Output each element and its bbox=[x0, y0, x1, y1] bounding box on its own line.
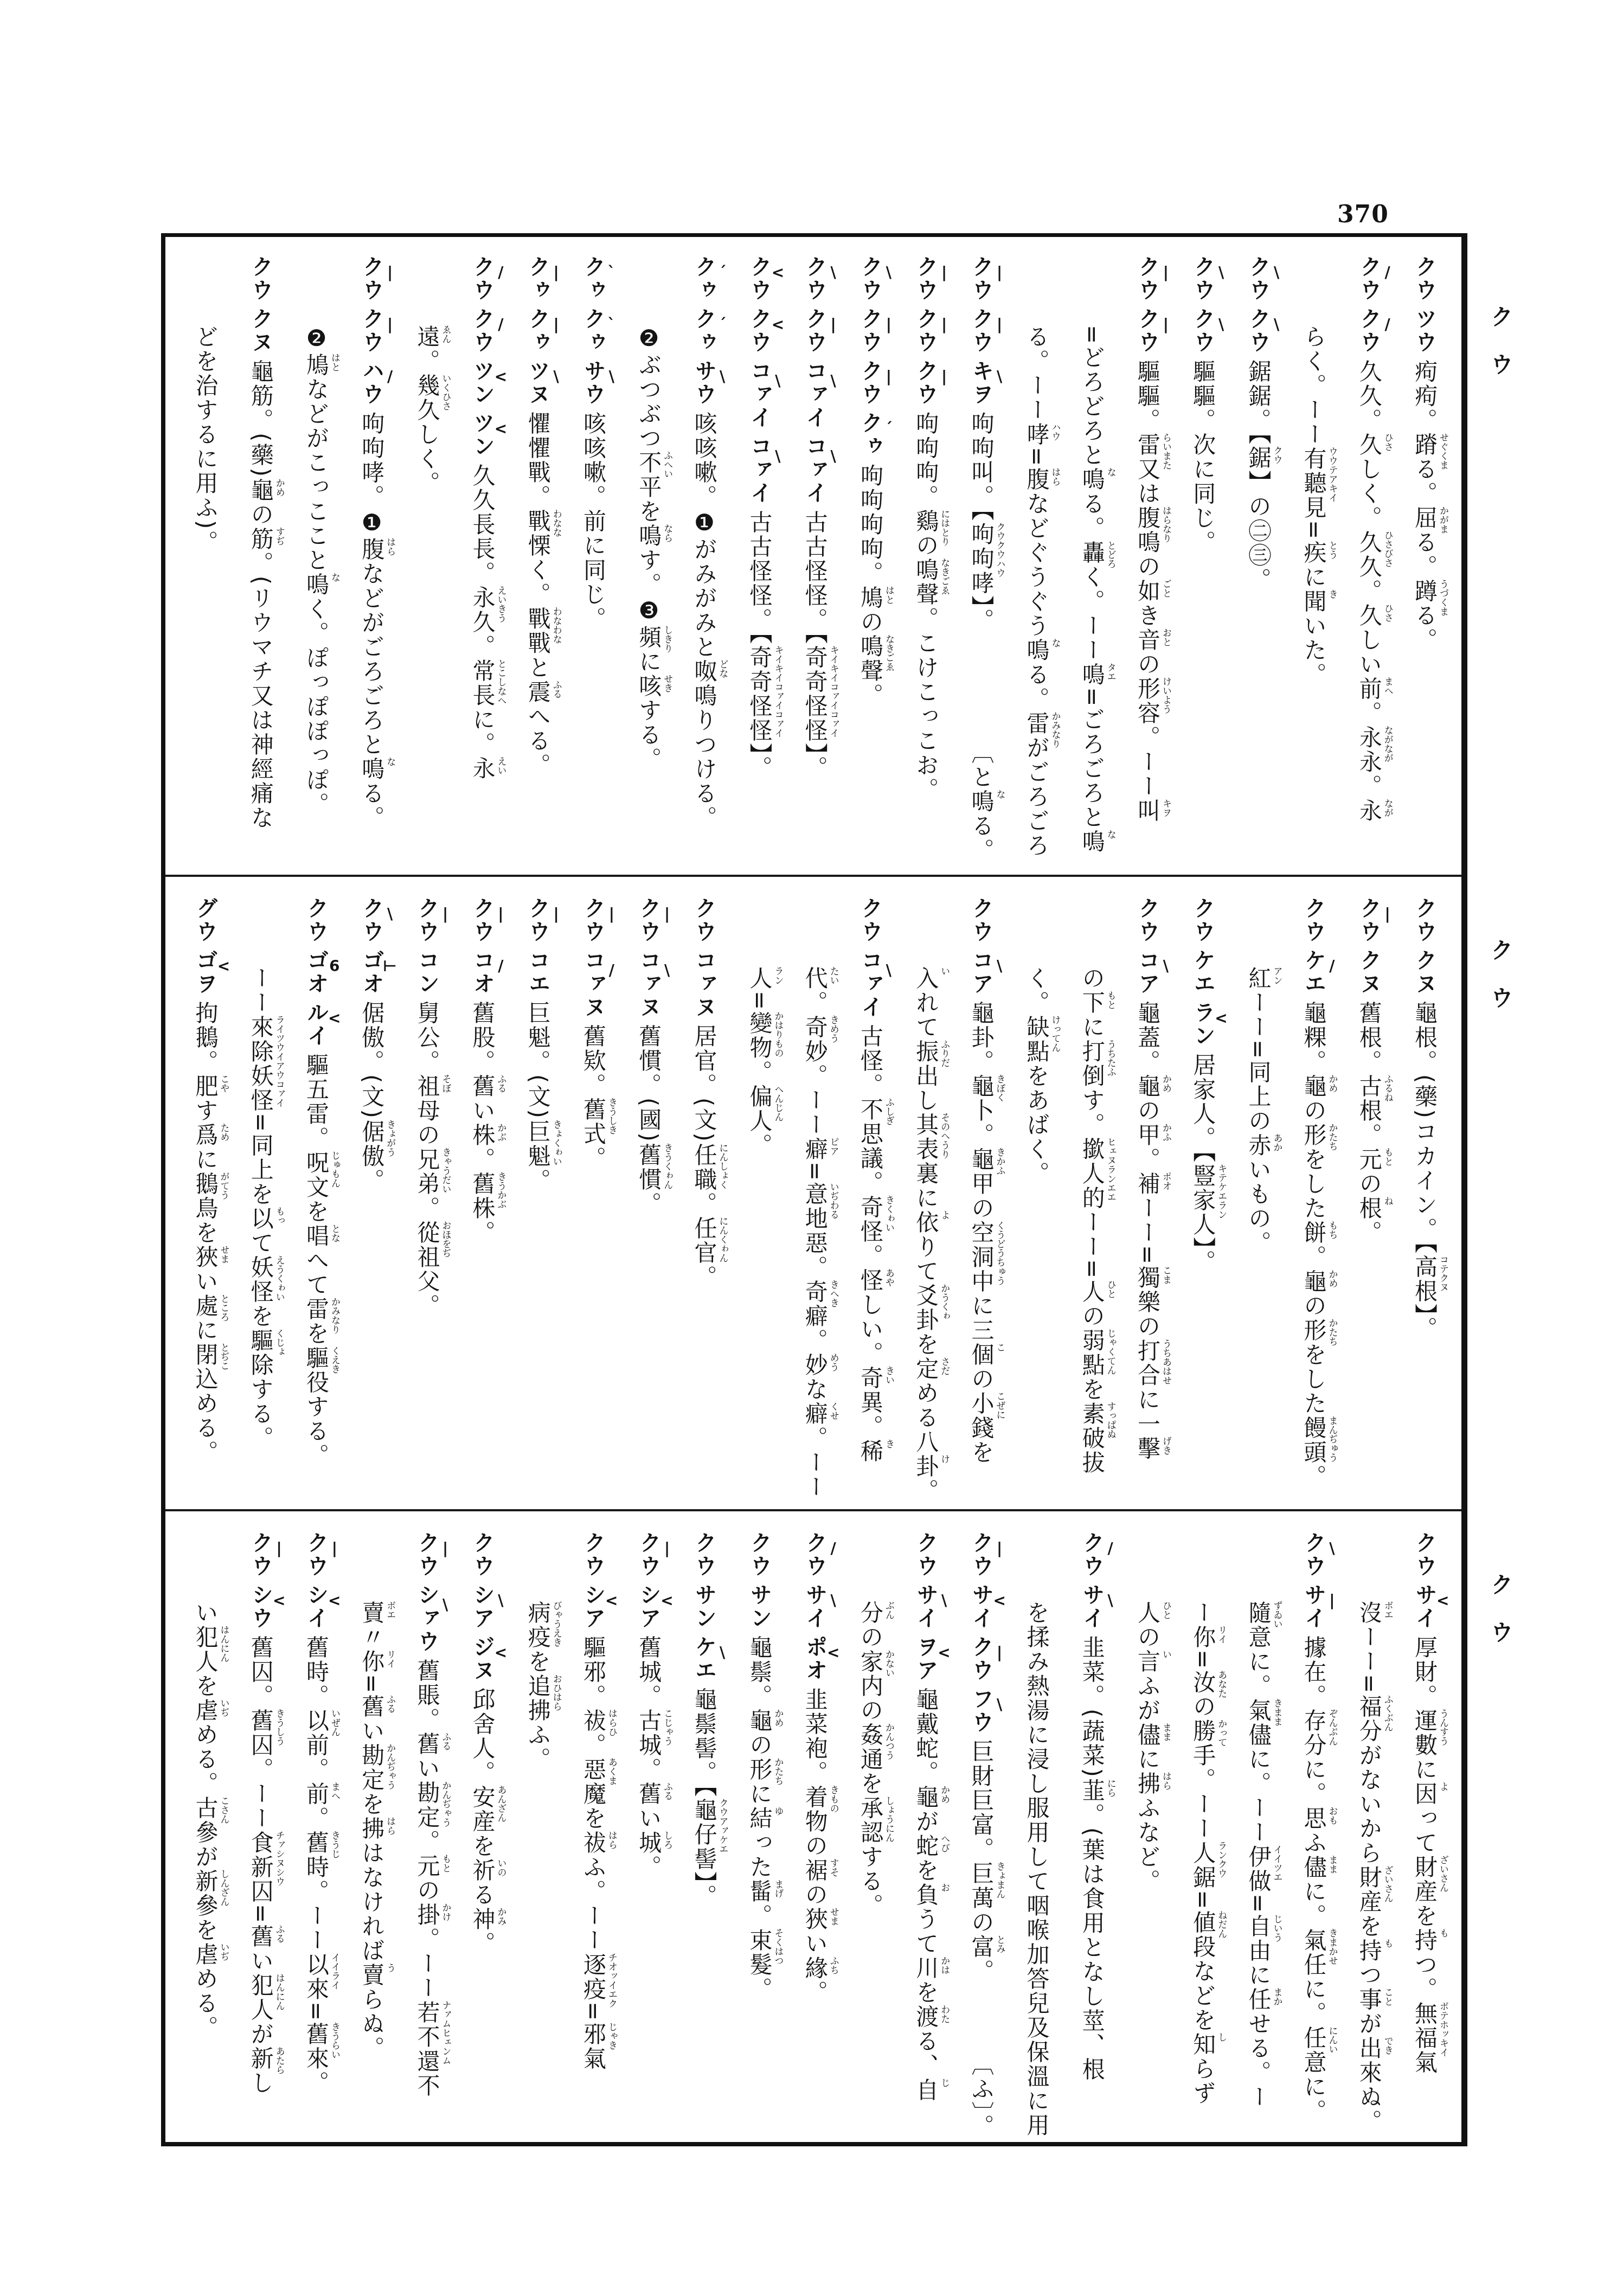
headword-syllable: クウ| bbox=[581, 897, 606, 944]
headword-syllable: シイ< bbox=[304, 1583, 329, 1630]
ruby-base: 舊ふる bbox=[248, 1925, 274, 1949]
furigana-reading: とこしなへ bbox=[496, 659, 505, 705]
furigana-reading: かぶ bbox=[496, 1123, 505, 1141]
ruby-base: 龜仔髻クウアァケエ bbox=[691, 1798, 717, 1871]
furigana-reading: にんしょく bbox=[717, 1143, 727, 1189]
ruby-base: 狹せま bbox=[802, 1907, 829, 1932]
entry-column: い犯人はんにんを虐いぢめる。古參こさんが新參しんざんを虐いぢめる。 bbox=[178, 1531, 233, 2143]
furigana-reading: しろ bbox=[662, 1831, 671, 1849]
ruby-base: 腹鳴はらなり bbox=[1134, 506, 1161, 555]
ruby-base: 雷又らいまた bbox=[1134, 433, 1161, 482]
page-number: 370 bbox=[1337, 201, 1389, 228]
ruby-base: 久ひさ bbox=[1356, 604, 1383, 628]
column-text: クウサン龜鬃。龜かめの形かたちに結ゆった髷まげ。束髮そくはつ。 bbox=[732, 1531, 787, 2002]
headword-syllable: クウ| bbox=[525, 897, 550, 944]
headword-syllable: コァイ\ bbox=[747, 360, 772, 429]
ruby-base: 邪氣じゃき bbox=[580, 2022, 607, 2071]
tone-mark: | bbox=[1324, 1592, 1339, 1609]
column-text: クウクヌ龜筋。(藥)龜かめの筋すぢ。(リウマチ又は神經痛な bbox=[233, 255, 288, 830]
column-text: ーー來除妖怪ライツウイアウコァイ=同上を以もって妖怪えうくゎいを驅除くじょする。 bbox=[233, 897, 288, 1451]
headword-syllable: ジヌ< bbox=[470, 1636, 495, 1682]
tone-mark: / bbox=[604, 961, 619, 979]
furigana-reading: たい bbox=[829, 966, 838, 985]
entry-column: 人ひとの言いふが儘ままに拂はらふなど。 bbox=[1120, 1531, 1175, 2143]
headword-syllable: ツヌ\ bbox=[525, 360, 550, 406]
furigana-reading: ボテホッキイ bbox=[1438, 2002, 1447, 2057]
furigana-reading: かはりもの bbox=[773, 1011, 782, 1057]
furigana-reading: ウウテアキイ bbox=[1327, 447, 1337, 502]
column-text: る。ーー哮ハウ=腹はらなどぐうぐう鳴なる。雷かみなりがごろごろ bbox=[1009, 255, 1064, 858]
headword-syllable: クウ| bbox=[803, 307, 827, 354]
tone-mark: \ bbox=[438, 1596, 453, 1614]
column-text: クウ\クウ|クウ|クゥˊ呴呴呴呴。鳩はとの鳴聲なきごゑ。 bbox=[843, 255, 898, 708]
tone-mark: \ bbox=[881, 264, 896, 281]
entry-column: =どろどろと鳴なる。轟とどろく。ーー鳴タエ=ごろごろと鳴な bbox=[1064, 255, 1120, 867]
headword-syllable: コエ bbox=[525, 949, 550, 996]
furigana-reading: かみなり bbox=[1050, 711, 1060, 748]
tone-mark: | bbox=[548, 905, 563, 923]
tone-mark: | bbox=[825, 316, 841, 334]
furigana-reading: よ bbox=[939, 1210, 948, 1220]
headword-syllable: クウ bbox=[581, 1531, 606, 1578]
headword-syllable: クウ| bbox=[414, 897, 439, 944]
furigana-reading: うづくま bbox=[1438, 579, 1447, 616]
headword-syllable: クウ| bbox=[968, 1636, 993, 1682]
furigana-reading: かめ bbox=[274, 478, 284, 497]
column-text: クウ/クウ/久久。久ひさしく。久久ひさびさ。久ひさしい前まへ。永永ながなが。永な… bbox=[1342, 255, 1397, 823]
headword-syllable: シア\ bbox=[470, 1583, 495, 1630]
ruby-base: 幾久いくひさ bbox=[414, 374, 440, 422]
entry-column: クウ|コオ/舊股。舊ふるい株かぶ。舊株きうかぶ。 bbox=[455, 897, 510, 1509]
ruby-base: 不平ふへい bbox=[636, 451, 662, 499]
ruby-base: 犯人はんにん bbox=[248, 1973, 274, 2022]
ruby-base: 勘定かんぢゃう bbox=[414, 1781, 440, 1830]
tone-mark: | bbox=[659, 905, 675, 923]
headword-syllable: クウ| bbox=[968, 1531, 993, 1578]
furigana-reading: しんざん bbox=[219, 1869, 228, 1906]
ruby-base: 鳴な bbox=[1079, 830, 1106, 854]
tone-mark: / bbox=[1324, 957, 1339, 975]
ruby-base: 鳴な bbox=[1079, 467, 1106, 492]
headword-syllable: クゥˋ bbox=[581, 307, 606, 354]
furigana-reading: い bbox=[1161, 1650, 1170, 1659]
headword-syllable: クウ bbox=[913, 1531, 938, 1578]
column-text: クウケエラン<居家人。【豎家人キテケエラン】。 bbox=[1175, 897, 1230, 1274]
ruby-base: 依よ bbox=[913, 1210, 939, 1235]
headword-syllable: クゥˊ bbox=[858, 412, 883, 458]
ruby-base: 思おも bbox=[1301, 1806, 1327, 1831]
ruby-base: 氣任きまかせ bbox=[1301, 1928, 1327, 1977]
furigana-reading: せき bbox=[662, 674, 671, 692]
entry-column: 遠ゑん。幾久いくひさしく。 bbox=[399, 255, 454, 867]
ruby-base: 唱とな bbox=[303, 1224, 330, 1248]
ruby-base: 鳴なら bbox=[636, 524, 662, 548]
ruby-base: 鳴聲なきごゑ bbox=[857, 634, 884, 683]
headword-syllable: シア< bbox=[636, 1583, 661, 1630]
ruby-base: 屈かがま bbox=[1412, 506, 1438, 530]
furigana-reading: ね bbox=[1383, 1196, 1392, 1205]
entry-column: クウシア<驅邪。祓はらひ。惡魔あくまを祓はらふ。ーー逐疫チオッイエク=邪氣じゃき bbox=[566, 1531, 621, 2143]
ruby-base: 奇妙きめう bbox=[802, 1015, 829, 1064]
entry-column: クウ|シイ<舊時。以前いぜん。前まへ。舊時きうじ。ーー以來イイライ=舊來きうらい… bbox=[288, 1531, 344, 2143]
column-text: クウ|サイ<クウ|フウ\巨財巨富。巨萬きょまんの富とみ。 bbox=[953, 1531, 1009, 1984]
headword-syllable: クウ/ bbox=[470, 307, 495, 354]
ruby-base: 處ところ bbox=[193, 1294, 219, 1318]
headword-syllable: コオ/ bbox=[470, 949, 495, 996]
ruby-base: 若不還不ナァムヒェンム bbox=[414, 2000, 440, 2098]
ruby-base: 舊時きうじ bbox=[303, 1831, 330, 1880]
furigana-reading: なら bbox=[662, 524, 671, 542]
ruby-base: 擊げき bbox=[1134, 1436, 1161, 1461]
tone-mark: | bbox=[1158, 264, 1173, 281]
furigana-reading: かんぢゃう bbox=[440, 1781, 450, 1827]
headword-syllable: ケエ\ bbox=[691, 1636, 716, 1682]
furigana-reading: かがま bbox=[1438, 506, 1447, 534]
ruby-base: 髷まげ bbox=[747, 1880, 773, 1904]
furigana-reading: きへき bbox=[829, 1280, 838, 1307]
furigana-reading: イイツエ bbox=[1272, 1845, 1281, 1882]
furigana-reading: かみ bbox=[496, 1907, 505, 1926]
headword-syllable: クウ bbox=[470, 1531, 495, 1578]
column-text: 人ひとの言いふが儘ままに拂はらふなど。 bbox=[1120, 1531, 1175, 1894]
headword-syllable: フウ\ bbox=[968, 1688, 993, 1734]
tone-mark: < bbox=[659, 1592, 675, 1609]
tone-mark: | bbox=[992, 1644, 1007, 1662]
column-text: クウ|クウ|ハウ/呴呴哮。❶腹はらなどがごろごろと鳴なる。 bbox=[344, 255, 399, 830]
ruby-base: 元もと bbox=[1356, 1147, 1383, 1172]
furigana-reading: ぶん bbox=[884, 1601, 893, 1619]
furigana-reading: かって bbox=[1216, 1719, 1226, 1747]
ruby-base: 下もと bbox=[1079, 991, 1106, 1015]
furigana-reading: はら bbox=[385, 537, 394, 556]
furigana-reading: きょまん bbox=[995, 1862, 1004, 1899]
headword-syllable: クウ| bbox=[414, 1531, 439, 1578]
ruby-base: 你リイ bbox=[358, 1650, 385, 1674]
furigana-reading: まげ bbox=[773, 1880, 782, 1898]
furigana-reading: げき bbox=[1161, 1436, 1170, 1455]
furigana-reading: き bbox=[884, 1439, 893, 1448]
column-text: クウ|コァヌ/舊欵。舊式きうしき。 bbox=[566, 897, 621, 1171]
headword-syllable: サイ\ bbox=[913, 1583, 938, 1630]
furigana-reading: くじょ bbox=[274, 1329, 284, 1356]
ruby-base: 聞き bbox=[1301, 589, 1327, 614]
furigana-reading: せま bbox=[219, 1245, 228, 1264]
headword-syllable: クウ bbox=[1190, 897, 1215, 944]
furigana-reading: ふち bbox=[829, 1956, 838, 1974]
furigana-reading: きぼく bbox=[995, 1074, 1004, 1102]
ruby-base: 定さだ bbox=[913, 1357, 939, 1381]
ruby-base: 虐いぢ bbox=[193, 1942, 219, 1967]
ruby-base: 鳩はと bbox=[857, 586, 884, 610]
column-text: ❷鳩はとなどがこっここと鳴なく。ぽっぽぽっぽ。 bbox=[288, 255, 344, 817]
ruby-base: 鳴な bbox=[303, 573, 330, 597]
ruby-base: 龜かめ bbox=[1301, 1269, 1327, 1294]
furigana-reading: とみ bbox=[995, 1935, 1004, 1953]
furigana-reading: ざいさん bbox=[1438, 1855, 1447, 1892]
tone-mark: ˋ bbox=[604, 316, 619, 334]
column-tail-text: 〔ふ〕。 bbox=[953, 2053, 1009, 2139]
tone-mark: / bbox=[1102, 1540, 1118, 1557]
column-text: クウ|コァヌ\舊慣。(國)舊慣きうくゎん。 bbox=[621, 897, 676, 1216]
tone-mark: \ bbox=[825, 1592, 841, 1609]
furigana-reading: ポオ bbox=[1161, 1172, 1170, 1190]
tone-mark: \ bbox=[604, 368, 619, 386]
ruby-base: 根ね bbox=[1356, 1196, 1383, 1221]
furigana-reading: な bbox=[330, 573, 339, 582]
column-text: =どろどろと鳴なる。轟とどろく。ーー鳴タエ=ごろごろと鳴な bbox=[1064, 255, 1120, 854]
ruby-base: 腹はら bbox=[1024, 467, 1050, 492]
tone-mark: / bbox=[1380, 316, 1395, 334]
section-header-top: クウ bbox=[1476, 305, 1525, 400]
furigana-reading: な bbox=[385, 757, 394, 766]
tone-mark: < bbox=[493, 368, 508, 386]
furigana-reading: まか bbox=[1272, 1987, 1281, 2006]
headword-syllable: コン bbox=[414, 949, 439, 996]
furigana-reading: ボエ bbox=[385, 1601, 394, 1619]
headword-syllable: キヲ\ bbox=[968, 360, 993, 406]
furigana-reading: さだ bbox=[939, 1357, 948, 1375]
tone-mark: | bbox=[548, 316, 563, 334]
ruby-base: 鳴な bbox=[968, 790, 995, 814]
furigana-reading: かうくゎ bbox=[939, 1284, 948, 1320]
entry-column: く。缺點けってんをあばく。 bbox=[1009, 897, 1064, 1509]
tone-mark: | bbox=[992, 1540, 1007, 1557]
entry-band-middle: クウクヌ龜根。(藥)コカイン。【高根コテクヌ】。クウ|クヌ舊根。古根ふるね。元も… bbox=[165, 878, 1461, 1511]
tone-mark: / bbox=[1380, 264, 1395, 281]
column-text: どを治するに用ふ)。 bbox=[178, 255, 233, 555]
column-text: クウ|コエ巨魁。(文)巨魁きょくゎい。 bbox=[510, 897, 566, 1193]
ruby-base: 病疫びゃうえき bbox=[525, 1601, 551, 1650]
furigana-reading: かんぢゃう bbox=[385, 1743, 394, 1790]
headword-syllable: コア\ bbox=[968, 949, 993, 996]
entry-column: クウ|クウ|キヲ\呴呴叫。【呴呴哮クウクウハウ】。〔と鳴なる。 bbox=[953, 255, 1009, 867]
entry-column: クウ/サイ\ポオ<韭菜袍。着物きものの裾すその狹せまい緣ふち。 bbox=[787, 1531, 843, 2143]
entry-band-top: クウツウ痀痀。蹐せぐくまる。屈かがまる。蹲うづくまる。クウ/クウ/久久。久ひさし… bbox=[165, 237, 1461, 873]
furigana-reading: かない bbox=[884, 1650, 893, 1677]
column-text: クゥˊクゥˊサウ\咳咳嗽。❶がみがみと呶鳴どなりつける。 bbox=[676, 255, 732, 830]
entry-column: ❷鳩はとなどがこっここと鳴なく。ぽっぽぽっぽ。 bbox=[288, 255, 344, 867]
headword-syllable: クウ bbox=[1412, 1531, 1437, 1578]
column-text: クウ<クウ<コァイ\コァイ\古古怪怪。【奇奇怪怪キイキイコァイコァイ】。 bbox=[732, 255, 787, 780]
ruby-base: 祖母そぼ bbox=[414, 1074, 440, 1123]
headword-syllable: クウ bbox=[304, 897, 329, 944]
ruby-base: 奇奇怪怪キイキイコァイコァイ bbox=[747, 645, 773, 743]
entry-column: クウコア\龜蓋。龜かめの甲かふ。補ポオーー=獨樂こまの打合うちあはせに一擊げき bbox=[1120, 897, 1175, 1509]
furigana-reading: キイキイコァイコァイ bbox=[773, 645, 782, 737]
column-text: クウサイ\ヲア<龜戴蛇。龜かめが蛇へびを負おうて川かはを渡わたる、自じ bbox=[898, 1531, 953, 2102]
furigana-reading: いくひさ bbox=[440, 374, 450, 411]
entry-column: クウ\クウ|コァイ\コァイ\古古怪怪。【奇奇怪怪キイキイコァイコァイ】。 bbox=[787, 255, 843, 867]
entry-column: クウコア\龜卦。龜卜きぼく。龜甲きかふの空洞中くうどうちゅうに三個この小錢こぜに… bbox=[953, 897, 1009, 1509]
tone-mark: \ bbox=[382, 905, 397, 923]
headword-syllable: クウ| bbox=[913, 255, 938, 302]
headword-syllable: サイ| bbox=[1301, 1583, 1326, 1630]
column-text: クウツウ痀痀。蹐せぐくまる。屈かがまる。蹲うづくまる。 bbox=[1397, 255, 1452, 652]
furigana-reading: ふる bbox=[385, 1695, 394, 1713]
furigana-reading: キテケエラン bbox=[1216, 1164, 1226, 1219]
furigana-reading: キヲ bbox=[1161, 799, 1170, 817]
furigana-reading: まま bbox=[1161, 1723, 1170, 1741]
headword-syllable: クウ bbox=[1301, 897, 1326, 944]
headword-syllable: クウ\ bbox=[1246, 307, 1271, 354]
ruby-base: 哮ハウ bbox=[1024, 422, 1050, 447]
furigana-reading: はらひ bbox=[607, 1709, 616, 1736]
headword-syllable: ケエ bbox=[1190, 949, 1215, 996]
ruby-base: 古參こさん bbox=[193, 1796, 219, 1845]
furigana-reading: あなた bbox=[1216, 1670, 1226, 1698]
ruby-base: 形かたち bbox=[1301, 1123, 1327, 1147]
entry-column: クウケエラン<居家人。【豎家人キテケエラン】。 bbox=[1175, 897, 1230, 1509]
headword-syllable: ラン< bbox=[1190, 1001, 1215, 1048]
ruby-base: 鵝鳥がてう bbox=[193, 1172, 219, 1221]
column-text: 賣ボエ〃你リイ=舊ふるい勘定かんぢゃうを拂はらはなければ賣うらぬ。 bbox=[344, 1531, 399, 2061]
column-text: 紅アンーー=同上の赤あかいもの。 bbox=[1230, 897, 1286, 1255]
headword-syllable: クウ/ bbox=[1357, 307, 1382, 354]
entry-column: クウ|シア<舊城。古城こじゃう。舊ふるい城しろ。 bbox=[621, 1531, 676, 2143]
furigana-reading: ひさびさ bbox=[1383, 530, 1392, 567]
ruby-base: 富とみ bbox=[968, 1935, 995, 1959]
ruby-base: 以來イイライ bbox=[303, 1953, 330, 2002]
ruby-base: 新參しんざん bbox=[193, 1869, 219, 1918]
furigana-reading: ひと bbox=[1106, 1280, 1115, 1298]
furigana-reading: あたら bbox=[274, 2047, 284, 2074]
furigana-reading: チァシヌシウ bbox=[274, 1831, 284, 1886]
furigana-reading: ボエ bbox=[1383, 1601, 1392, 1619]
furigana-reading: いぜん bbox=[330, 1709, 339, 1736]
headword-syllable: クウ| bbox=[636, 897, 661, 944]
column-text: 遠ゑん。幾久いくひさしく。 bbox=[399, 255, 454, 496]
entry-column: クウクヌ龜筋。(藥)龜かめの筋すぢ。(リウマチ又は神經痛な bbox=[233, 255, 288, 867]
furigana-reading: ひと bbox=[1161, 1601, 1170, 1619]
furigana-reading: も bbox=[1438, 1928, 1447, 1938]
column-text: クウ|シァウ\舊賬。舊ふるい勘定かんぢゃう。元もとの掛かけ。ーー若不還不ナァムヒ… bbox=[399, 1531, 454, 2098]
furigana-reading: クウアァケエ bbox=[717, 1798, 727, 1854]
ruby-base: 咳せき bbox=[636, 674, 662, 698]
furigana-reading: ヒェヌランエエ bbox=[1106, 1137, 1115, 1202]
ruby-base: 自じ bbox=[913, 2078, 939, 2102]
headword-syllable: ハウ/ bbox=[359, 360, 384, 406]
ruby-base: 甲かふ bbox=[1134, 1123, 1161, 1147]
tone-mark: | bbox=[271, 1540, 286, 1557]
column-text: 入いれて振出ふりだし其表裏そのへうりに依よりて爻卦かうくゎを定さだめる八卦け。 bbox=[898, 897, 953, 1503]
furigana-reading: ひさ bbox=[1383, 604, 1392, 622]
ruby-base: 人ひと bbox=[1134, 1601, 1161, 1625]
ruby-base: 舊來きうらい bbox=[303, 2022, 330, 2071]
column-text: クウコア\龜蓋。龜かめの甲かふ。補ポオーー=獨樂こまの打合うちあはせに一擊げき bbox=[1120, 897, 1175, 1461]
ruby-base: 虐いぢ bbox=[193, 1698, 219, 1723]
headword-syllable: コァヌ/ bbox=[581, 949, 606, 1019]
tone-mark: 6 bbox=[326, 957, 342, 975]
entry-column: クゥˊクゥˊサウ\咳咳嗽。❶がみがみと呶鳴どなりつける。 bbox=[676, 255, 732, 867]
ruby-base: 無福氣ボテホッキイ bbox=[1412, 2002, 1438, 2075]
ruby-base: 祓はらひ bbox=[580, 1709, 607, 1733]
column-text: 病疫びゃうえきを追拂おひはらふ。 bbox=[510, 1531, 566, 1772]
tone-mark: \ bbox=[770, 447, 785, 465]
furigana-reading: ふしぎ bbox=[884, 1098, 893, 1125]
headword-syllable: クウ| bbox=[1135, 307, 1160, 354]
ruby-base: 打合うちあはせ bbox=[1134, 1339, 1161, 1388]
headword-syllable: クウ\ bbox=[1301, 1531, 1326, 1578]
ruby-base: 龜かめ bbox=[1134, 1074, 1161, 1099]
furigana-reading: しょうにん bbox=[884, 1796, 893, 1842]
tone-mark: < bbox=[1435, 1592, 1450, 1609]
column-text: の下もとに打倒うちたふす。撳人的ヒェヌランエエーー=人ひとの弱點じゃくてんを素破… bbox=[1064, 897, 1120, 1475]
tone-mark: | bbox=[604, 905, 619, 923]
ruby-base: 龜甲きかふ bbox=[968, 1147, 995, 1196]
ruby-base: 永永ながなが bbox=[1356, 726, 1383, 774]
ruby-base: 爻卦かうくゎ bbox=[913, 1284, 939, 1332]
furigana-reading: まんぢゅう bbox=[1327, 1416, 1337, 1462]
ruby-base: 形かたち bbox=[1301, 1318, 1327, 1343]
ruby-base: 久ひさ bbox=[1356, 433, 1383, 457]
ruby-base: 怪あや bbox=[857, 1268, 884, 1293]
furigana-reading: かふ bbox=[1161, 1123, 1170, 1141]
ruby-base: 龜かめ bbox=[747, 1709, 773, 1733]
ruby-base: 人ひと bbox=[1079, 1280, 1106, 1304]
tone-mark: | bbox=[438, 1540, 453, 1557]
column-text: クウ|クヌ舊根。古根ふるね。元もとの根ね。 bbox=[1342, 897, 1397, 1245]
furigana-reading: な bbox=[995, 790, 1004, 799]
ruby-base: 鳴な bbox=[358, 757, 385, 781]
ruby-base: 爲ため bbox=[193, 1123, 219, 1147]
headword-syllable: ルイ< bbox=[304, 1001, 329, 1048]
furigana-reading: こさん bbox=[219, 1796, 228, 1824]
entry-column: クウ\クウ\驅驅。次に同じ。 bbox=[1175, 255, 1230, 867]
ruby-base: 變物かはりもの bbox=[747, 1011, 773, 1060]
column-tail-text: 〔と鳴なる。 bbox=[953, 741, 1009, 863]
tone-mark: < bbox=[326, 1009, 342, 1027]
ruby-base: 出來でき bbox=[1356, 2036, 1383, 2085]
furigana-reading: めう bbox=[829, 1353, 838, 1371]
furigana-reading: きうかぶ bbox=[496, 1172, 505, 1209]
ruby-base: 小錢こぜに bbox=[968, 1391, 995, 1440]
column-text: い犯人はんにんを虐いぢめる。古參こさんが新參しんざんを虐いぢめる。 bbox=[178, 1531, 233, 2040]
furigana-reading: せま bbox=[829, 1907, 838, 1926]
ruby-base: 雷かみなり bbox=[303, 1297, 330, 1322]
ruby-base: 任官にんくゎん bbox=[691, 1216, 717, 1265]
headword-syllable: クウ\ bbox=[1246, 255, 1271, 302]
ruby-base: 犯人はんにん bbox=[193, 1625, 219, 1674]
ruby-base: 株かぶ bbox=[470, 1123, 496, 1147]
section-header-middle: クウ bbox=[1476, 938, 1525, 1034]
entry-column: グウゴヲ<拘鵝。肥こやす爲ために鵝鳥がてうを狹せまい處ところに閉込とぢこめる。 bbox=[178, 897, 233, 1509]
ruby-base: 賣ボエ bbox=[358, 1601, 385, 1625]
ruby-base: 意地惡いぢわる bbox=[802, 1182, 829, 1255]
tone-mark: < bbox=[604, 1592, 619, 1609]
ruby-base: 前まへ bbox=[1356, 677, 1383, 701]
furigana-reading: なが bbox=[1383, 799, 1392, 817]
headword-syllable: サイ\ bbox=[1080, 1583, 1105, 1630]
ruby-base: 戰戰わなわな bbox=[525, 607, 551, 656]
headword-syllable: コァヌ bbox=[691, 949, 716, 1019]
tone-mark: \ bbox=[548, 368, 563, 386]
furigana-reading: リイ bbox=[385, 1650, 394, 1668]
ruby-base: 永えい bbox=[470, 756, 496, 781]
ruby-base: 以もっ bbox=[248, 1207, 274, 1231]
tone-mark: < bbox=[326, 1592, 342, 1609]
furigana-reading: リイ bbox=[1216, 1625, 1226, 1644]
ruby-base: 獨樂こま bbox=[1134, 1266, 1161, 1314]
furigana-reading: せぐくま bbox=[1438, 433, 1447, 470]
ruby-base: 龜かめ bbox=[1301, 1074, 1327, 1099]
furigana-reading: かめ bbox=[1327, 1074, 1337, 1093]
column-text: クウサイ<厚財。運數うんすうに因よって財産ざいさんを持もつ。無福氣ボテホッキイ bbox=[1397, 1531, 1452, 2075]
entry-column: 人ラン=變物かはりもの。偏人へんじん。 bbox=[732, 897, 787, 1509]
entry-column: クウ|クウ|クウ|呴呴呴。鷄にはとりの鳴聲なきごゑ。こけこっこお。 bbox=[898, 255, 953, 867]
headword-syllable: クウ| bbox=[913, 360, 938, 406]
column-text: クウ|シウ<舊囚。舊囚きうしう。ーー食新囚チァシヌシウ=舊ふるい犯人はんにんが新… bbox=[233, 1531, 288, 2095]
furigana-reading: すそ bbox=[829, 1858, 838, 1877]
